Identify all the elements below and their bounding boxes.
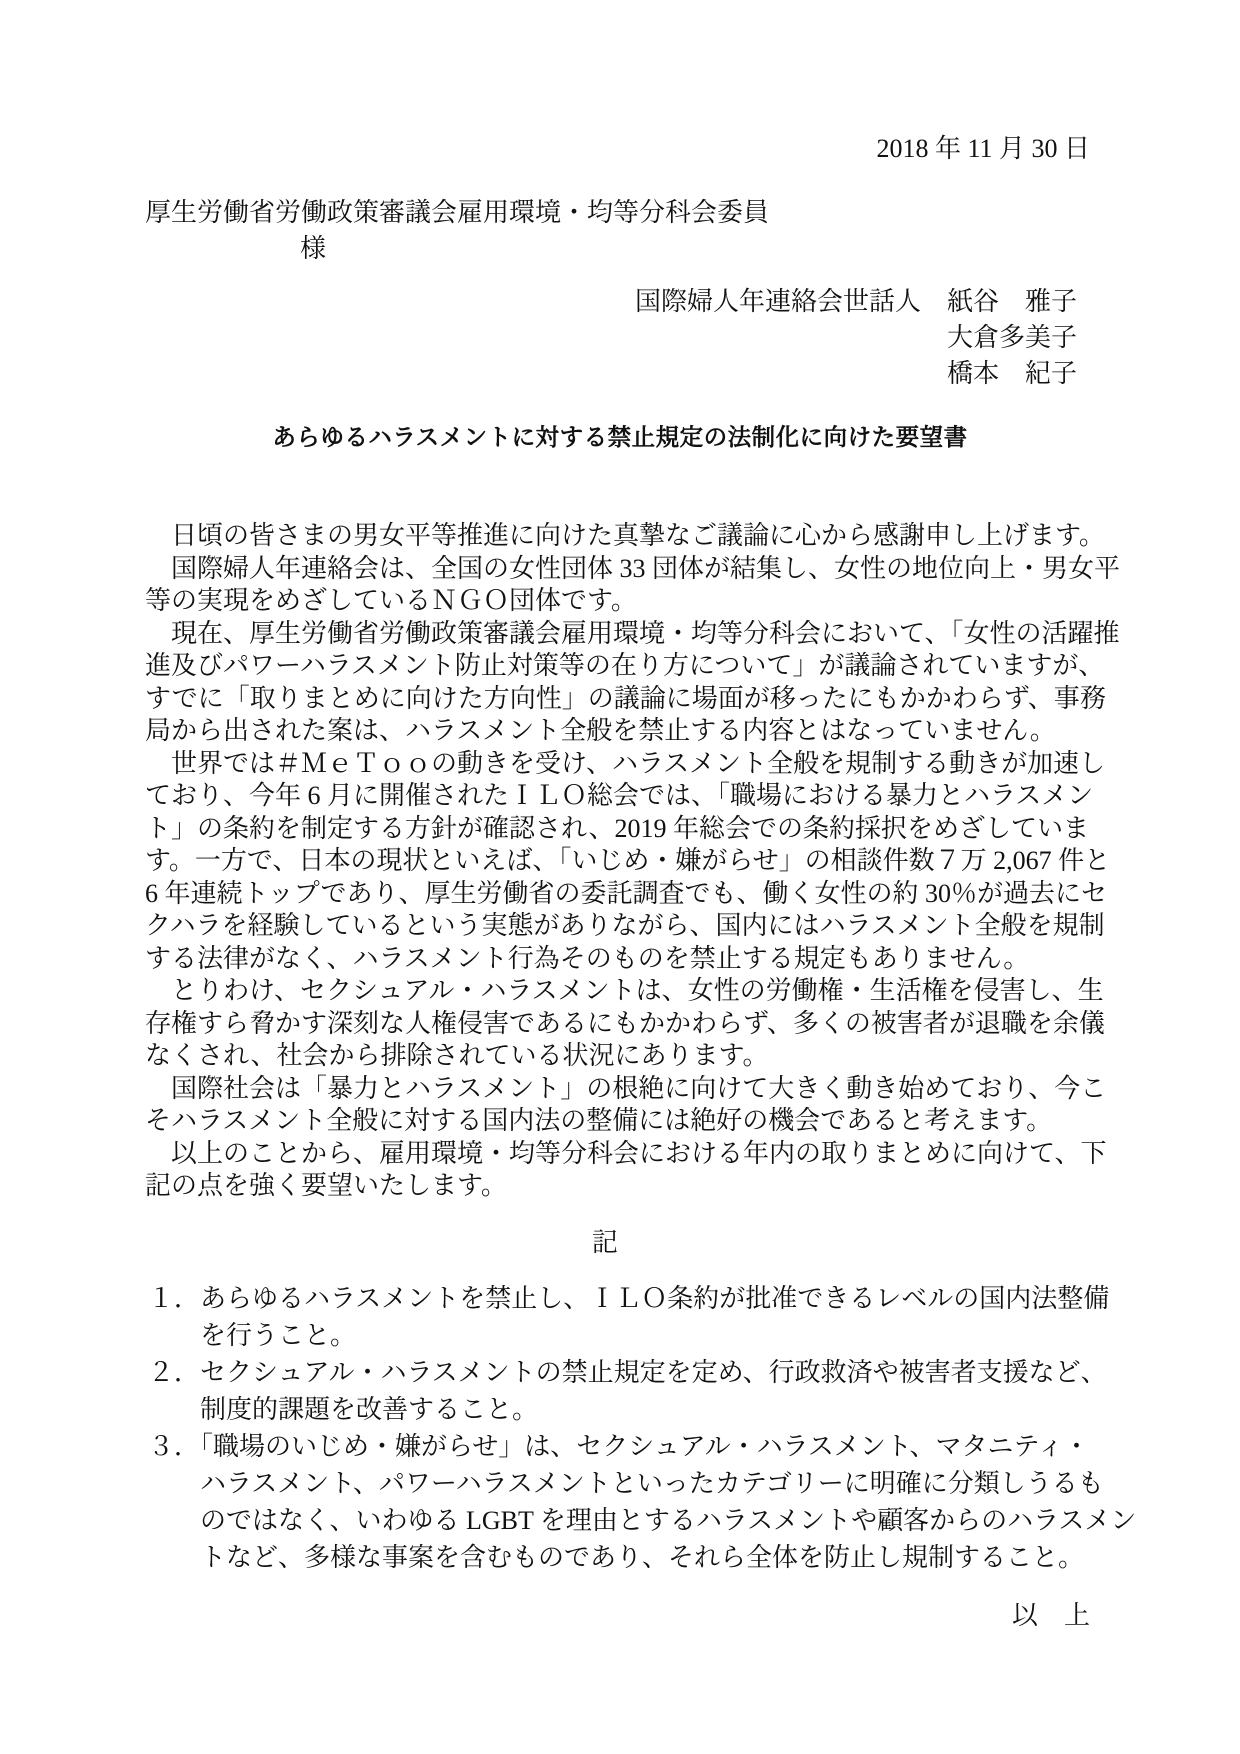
request-text-1: あらゆるハラスメントを禁止し、ＩＬＯ条約が批准できるレベルの国内法整備 を行うこ…: [200, 1280, 1208, 1354]
paragraph-current-discussion: 現在、厚生労働省労働政策審議会雇用環境・均等分科会において、「女性の活躍推 進及…: [145, 618, 1205, 748]
document-body: 日頃の皆さまの男女平等推進に向けた真摯なご議論に心から感謝申し上げます。 国際婦…: [145, 520, 1205, 1203]
request-text-2: セクシュアル・ハラスメントの禁止規定を定め、行政救済や被害者支援など、 制度的課…: [200, 1354, 1208, 1428]
paragraph-international-society: 国際社会は「暴力とハラスメント」の根絶に向けて大きく動き始めており、今こ そハラ…: [145, 1073, 1205, 1138]
sender-line-1: 国際婦人年連絡会世話人 紙谷 雅子: [635, 284, 1077, 320]
document-page: 2018 年 11 月 30 日 厚生労働省労働政策審議会雇用環境・均等分科会委…: [0, 0, 1240, 1754]
recipient-honorific: 様: [300, 228, 326, 265]
request-number-1: １．: [148, 1280, 200, 1317]
request-text-3: 「職場のいじめ・嫌がらせ」は、セクシュアル・ハラスメント、マタニティ・ ハラスメ…: [200, 1428, 1208, 1576]
paragraph-world-trend: 世界では＃ＭｅＴｏｏの動きを受け、ハラスメント全般を規制する動きが加速し ており…: [145, 748, 1205, 976]
paragraph-organization: 国際婦人年連絡会は、全国の女性団体 33 団体が結集し、女性の地位向上・男女平 …: [145, 553, 1205, 618]
request-item-3: ３． 「職場のいじめ・嫌がらせ」は、セクシュアル・ハラスメント、マタニティ・ ハ…: [148, 1428, 1208, 1576]
paragraph-conclusion: 以上のことから、雇用環境・均等分科会における年内の取りまとめに向けて、下 記の点…: [145, 1138, 1205, 1203]
document-date: 2018 年 11 月 30 日: [876, 128, 1090, 165]
paragraph-greeting: 日頃の皆さまの男女平等推進に向けた真摯なご議論に心から感謝申し上げます。: [145, 520, 1205, 553]
request-list: １． あらゆるハラスメントを禁止し、ＩＬＯ条約が批准できるレベルの国内法整備 を…: [148, 1280, 1208, 1576]
recipient-line: 厚生労働省労働政策審議会雇用環境・均等分科会委員: [145, 192, 769, 229]
document-title: あらゆるハラスメントに対する禁止規定の法制化に向けた要望書: [0, 418, 1240, 452]
closing-mark: 以 上: [1012, 1595, 1090, 1632]
request-item-1: １． あらゆるハラスメントを禁止し、ＩＬＯ条約が批准できるレベルの国内法整備 を…: [148, 1280, 1208, 1354]
sender-block: 国際婦人年連絡会世話人 紙谷 雅子 大倉多美子 橋本 紀子: [635, 284, 1077, 392]
sender-line-2: 大倉多美子: [635, 320, 1077, 356]
request-item-2: ２． セクシュアル・ハラスメントの禁止規定を定め、行政救済や被害者支援など、 制…: [148, 1354, 1208, 1428]
sender-line-3: 橋本 紀子: [635, 356, 1077, 392]
request-number-2: ２．: [148, 1354, 200, 1391]
paragraph-sexual-harassment: とりわけ、セクシュアル・ハラスメントは、女性の労働権・生活権を侵害し、生 存権す…: [145, 975, 1205, 1073]
record-marker: 記: [0, 1222, 1210, 1259]
